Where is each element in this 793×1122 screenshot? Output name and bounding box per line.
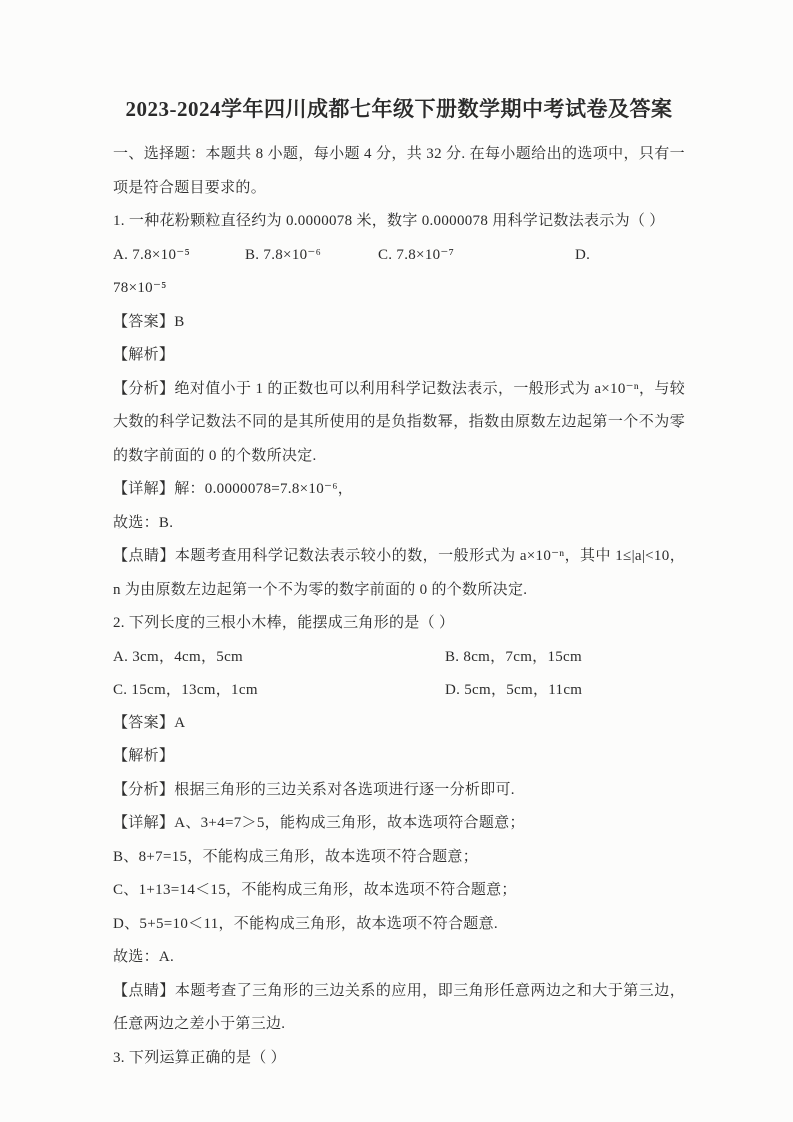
q2-options-row-1: A. 3cm，4cm，5cm B. 8cm，7cm，15cm [113,641,685,674]
q2-stem: 2. 下列长度的三根小木棒，能摆成三角形的是（ ） [113,607,685,641]
q1-stem: 1. 一种花粉颗粒直径约为 0.0000078 米，数字 0.0000078 用… [113,205,685,239]
q1-option-a: A. 7.8×10⁻⁵ [113,239,245,273]
q2-option-c: C. 15cm，13cm，1cm [113,674,445,707]
q2-options-row-2: C. 15cm，13cm，1cm D. 5cm，5cm，11cm [113,674,685,707]
exam-title: 2023-2024学年四川成都七年级下册数学期中考试卷及答案 [113,92,685,126]
q1-options-row: A. 7.8×10⁻⁵ B. 7.8×10⁻⁶ C. 7.8×10⁻⁷ D. [113,239,685,273]
q1-option-d-continuation: 78×10⁻⁵ [113,272,685,306]
exam-document-page: 2023-2024学年四川成都七年级下册数学期中考试卷及答案 一、选择题：本题共… [0,0,793,1122]
q2-detail-b: B、8+7=15，不能构成三角形，故本选项不符合题意； [113,841,685,875]
q2-conclusion: 故选：A. [113,941,685,975]
q2-option-d: D. 5cm，5cm，11cm [445,674,685,707]
q1-option-b: B. 7.8×10⁻⁶ [245,239,378,273]
q2-option-a: A. 3cm，4cm，5cm [113,641,445,674]
q1-analysis: 【分析】绝对值小于 1 的正数也可以利用科学记数法表示，一般形式为 a×10⁻ⁿ… [113,373,685,474]
q2-detail-c: C、1+13=14＜15，不能构成三角形，故本选项不符合题意； [113,874,685,908]
q1-analysis-label: 【解析】 [113,339,685,373]
q2-analysis-label: 【解析】 [113,740,685,774]
q2-note: 【点睛】本题考查了三角形的三边关系的应用，即三角形任意两边之和大于第三边，任意两… [113,975,685,1042]
q1-conclusion: 故选：B. [113,507,685,541]
q1-option-d: D. [510,239,685,273]
q3-stem: 3. 下列运算正确的是（ ） [113,1042,685,1076]
section-intro: 一、选择题：本题共 8 小题，每小题 4 分，共 32 分. 在每小题给出的选项… [113,138,685,205]
q2-detail-d: D、5+5=10＜11，不能构成三角形，故本选项不符合题意. [113,908,685,942]
q1-option-c: C. 7.8×10⁻⁷ [378,239,510,273]
q2-detail-a: 【详解】A、3+4=7＞5，能构成三角形，故本选项符合题意； [113,807,685,841]
document-body: 2023-2024学年四川成都七年级下册数学期中考试卷及答案 一、选择题：本题共… [113,92,685,1075]
q2-answer: 【答案】A [113,707,685,741]
q1-answer: 【答案】B [113,306,685,340]
q1-detail: 【详解】解：0.0000078=7.8×10⁻⁶， [113,473,685,507]
q2-option-b: B. 8cm，7cm，15cm [445,641,685,674]
q2-analysis: 【分析】根据三角形的三边关系对各选项进行逐一分析即可. [113,774,685,808]
q1-note: 【点睛】本题考查用科学记数法表示较小的数，一般形式为 a×10⁻ⁿ，其中 1≤|… [113,540,685,607]
